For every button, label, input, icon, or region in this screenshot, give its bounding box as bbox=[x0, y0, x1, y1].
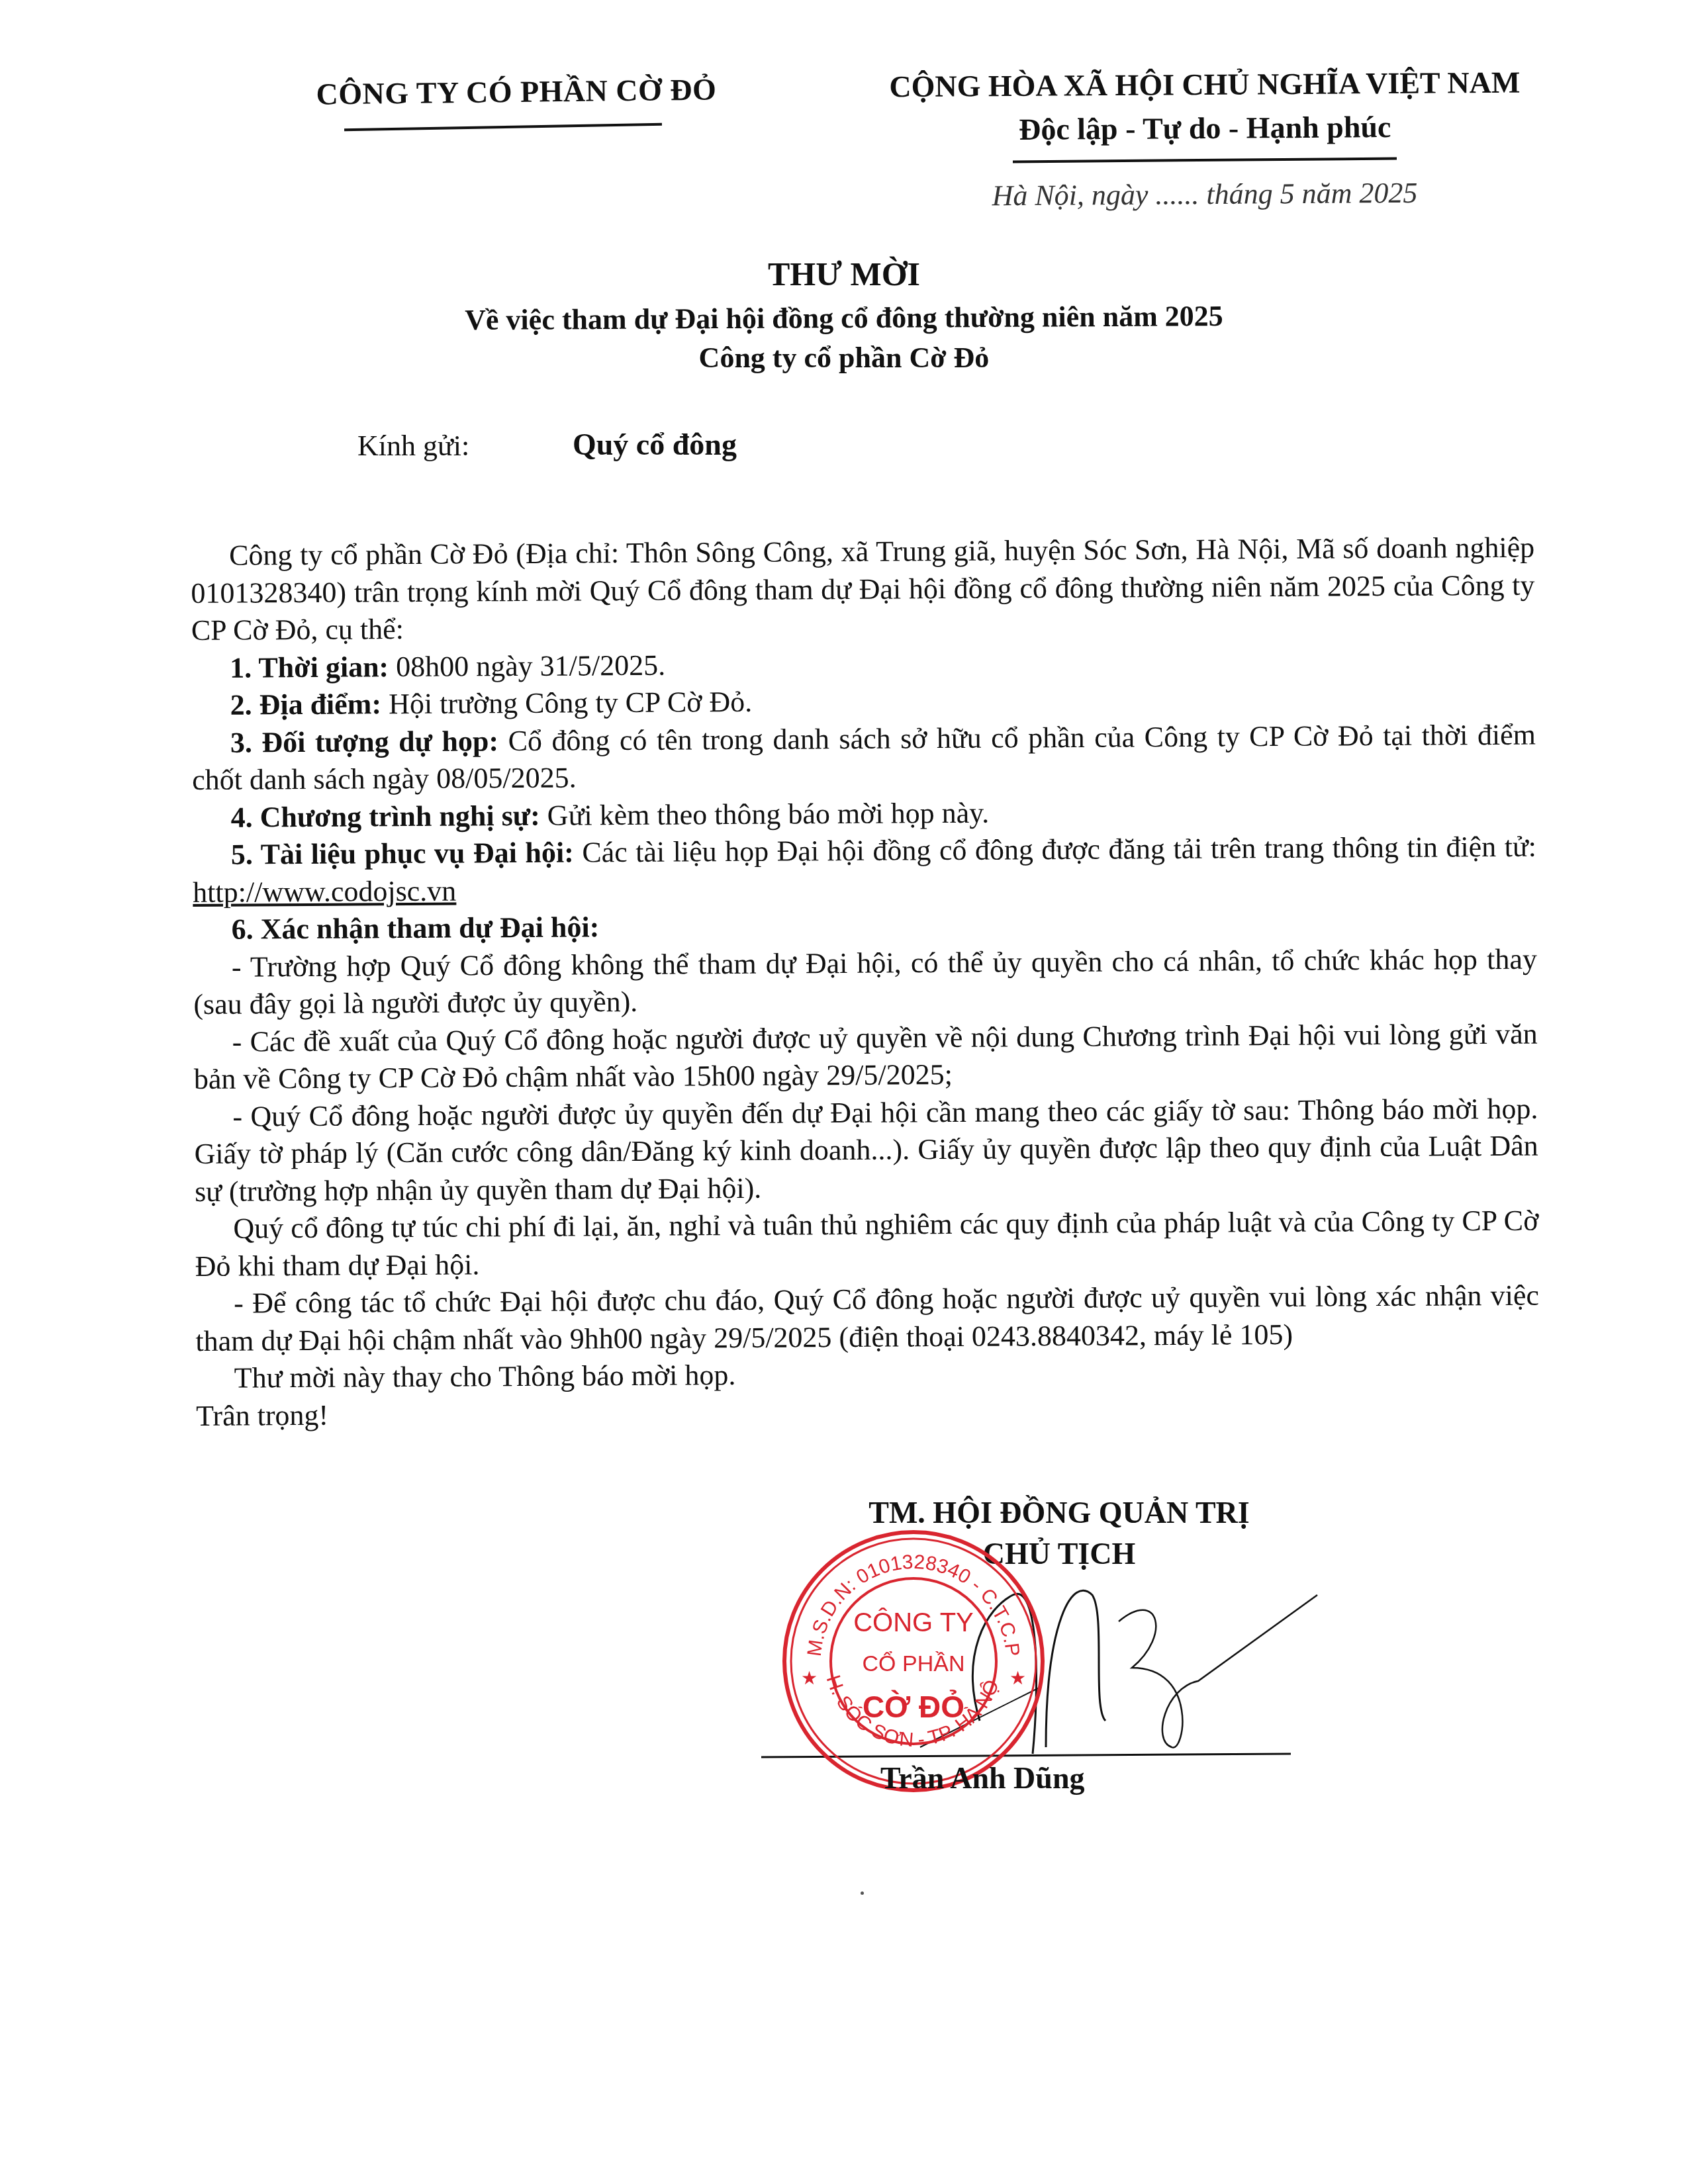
recipient-name: Quý cổ đông bbox=[573, 427, 737, 462]
item-text: Các tài liệu họp Đại hội đồng cổ đông đư… bbox=[574, 831, 1536, 869]
document-subject-company: Công ty cổ phần Cờ Đỏ bbox=[0, 341, 1688, 375]
item-attendees: 3. Đối tượng dự họp: Cổ đông có tên tron… bbox=[192, 716, 1536, 799]
motto-rule bbox=[1013, 157, 1397, 163]
star-icon: ★ bbox=[1009, 1668, 1026, 1689]
intro-paragraph: Công ty cổ phần Cờ Đỏ (Địa chỉ: Thôn Sôn… bbox=[191, 529, 1535, 650]
item-text: Gửi kèm theo thông báo mời họp này. bbox=[540, 796, 990, 831]
rsvp-paragraph: - Để công tác tổ chức Đại hội được chu đ… bbox=[195, 1277, 1540, 1360]
expenses-paragraph: Quý cổ đông tự túc chi phí đi lại, ăn, n… bbox=[195, 1203, 1539, 1285]
item-label: 3. Đối tượng dự họp: bbox=[230, 725, 499, 758]
confirm-point-proposals: - Các đề xuất của Quý Cổ đông hoặc người… bbox=[193, 1015, 1538, 1098]
item-label: 5. Tài liệu phục vụ Đại hội: bbox=[231, 836, 574, 870]
signer-name: Trần Anh Dũng bbox=[880, 1760, 1085, 1796]
item-text: 08h00 ngày 31/5/2025. bbox=[389, 649, 665, 683]
recipient-label: Kính gửi: bbox=[357, 429, 469, 463]
website-link[interactable]: http://www.codojsc.vn bbox=[193, 874, 456, 908]
letter-body: Công ty cổ phần Cờ Đỏ (Địa chỉ: Thôn Sôn… bbox=[191, 529, 1540, 1435]
item-label: 6. Xác nhận tham dự Đại hội: bbox=[231, 911, 599, 945]
national-title: CỘNG HÒA XÃ HỘI CHỦ NGHĨA VIỆT NAM bbox=[841, 60, 1569, 109]
item-documents: 5. Tài liệu phục vụ Đại hội: Các tài liệ… bbox=[193, 829, 1537, 911]
item-label: 1. Thời gian: bbox=[230, 651, 389, 684]
document-subject: Về việc tham dự Đại hội đồng cổ đông thư… bbox=[0, 296, 1688, 339]
confirm-point-proxy: - Trường hợp Quý Cổ đông không thể tham … bbox=[193, 940, 1538, 1023]
stamp-line3: CỜ ĐỎ bbox=[863, 1690, 964, 1724]
stamp-line1: CÔNG TY bbox=[853, 1608, 974, 1637]
star-icon: ★ bbox=[801, 1668, 818, 1689]
stamp-line2: CỔ PHẦN bbox=[863, 1651, 965, 1676]
scan-speck bbox=[861, 1891, 864, 1895]
national-header: CỘNG HÒA XÃ HỘI CHỦ NGHĨA VIỆT NAM Độc l… bbox=[841, 60, 1570, 153]
company-stamp: M.S.D.N: 0101328340 - C.T.C.P H. SÓC SƠN… bbox=[774, 1522, 1053, 1800]
document-title: THƯ MỜI bbox=[0, 255, 1688, 293]
company-header-rule bbox=[344, 123, 662, 131]
item-text: Hội trường Công ty CP Cờ Đỏ. bbox=[381, 686, 752, 720]
national-motto: Độc lập - Tự do - Hạnh phúc bbox=[841, 104, 1569, 153]
confirm-point-documents: - Quý Cổ đông hoặc người được ủy quyền đ… bbox=[194, 1090, 1538, 1210]
company-header: CÔNG TY CÓ PHẦN CỜ ĐỎ bbox=[291, 71, 742, 112]
place-date: Hà Nội, ngày ...... tháng 5 năm 2025 bbox=[861, 175, 1549, 213]
item-label: 4. Chương trình nghị sự: bbox=[230, 799, 539, 833]
item-label: 2. Địa điểm: bbox=[230, 688, 381, 721]
